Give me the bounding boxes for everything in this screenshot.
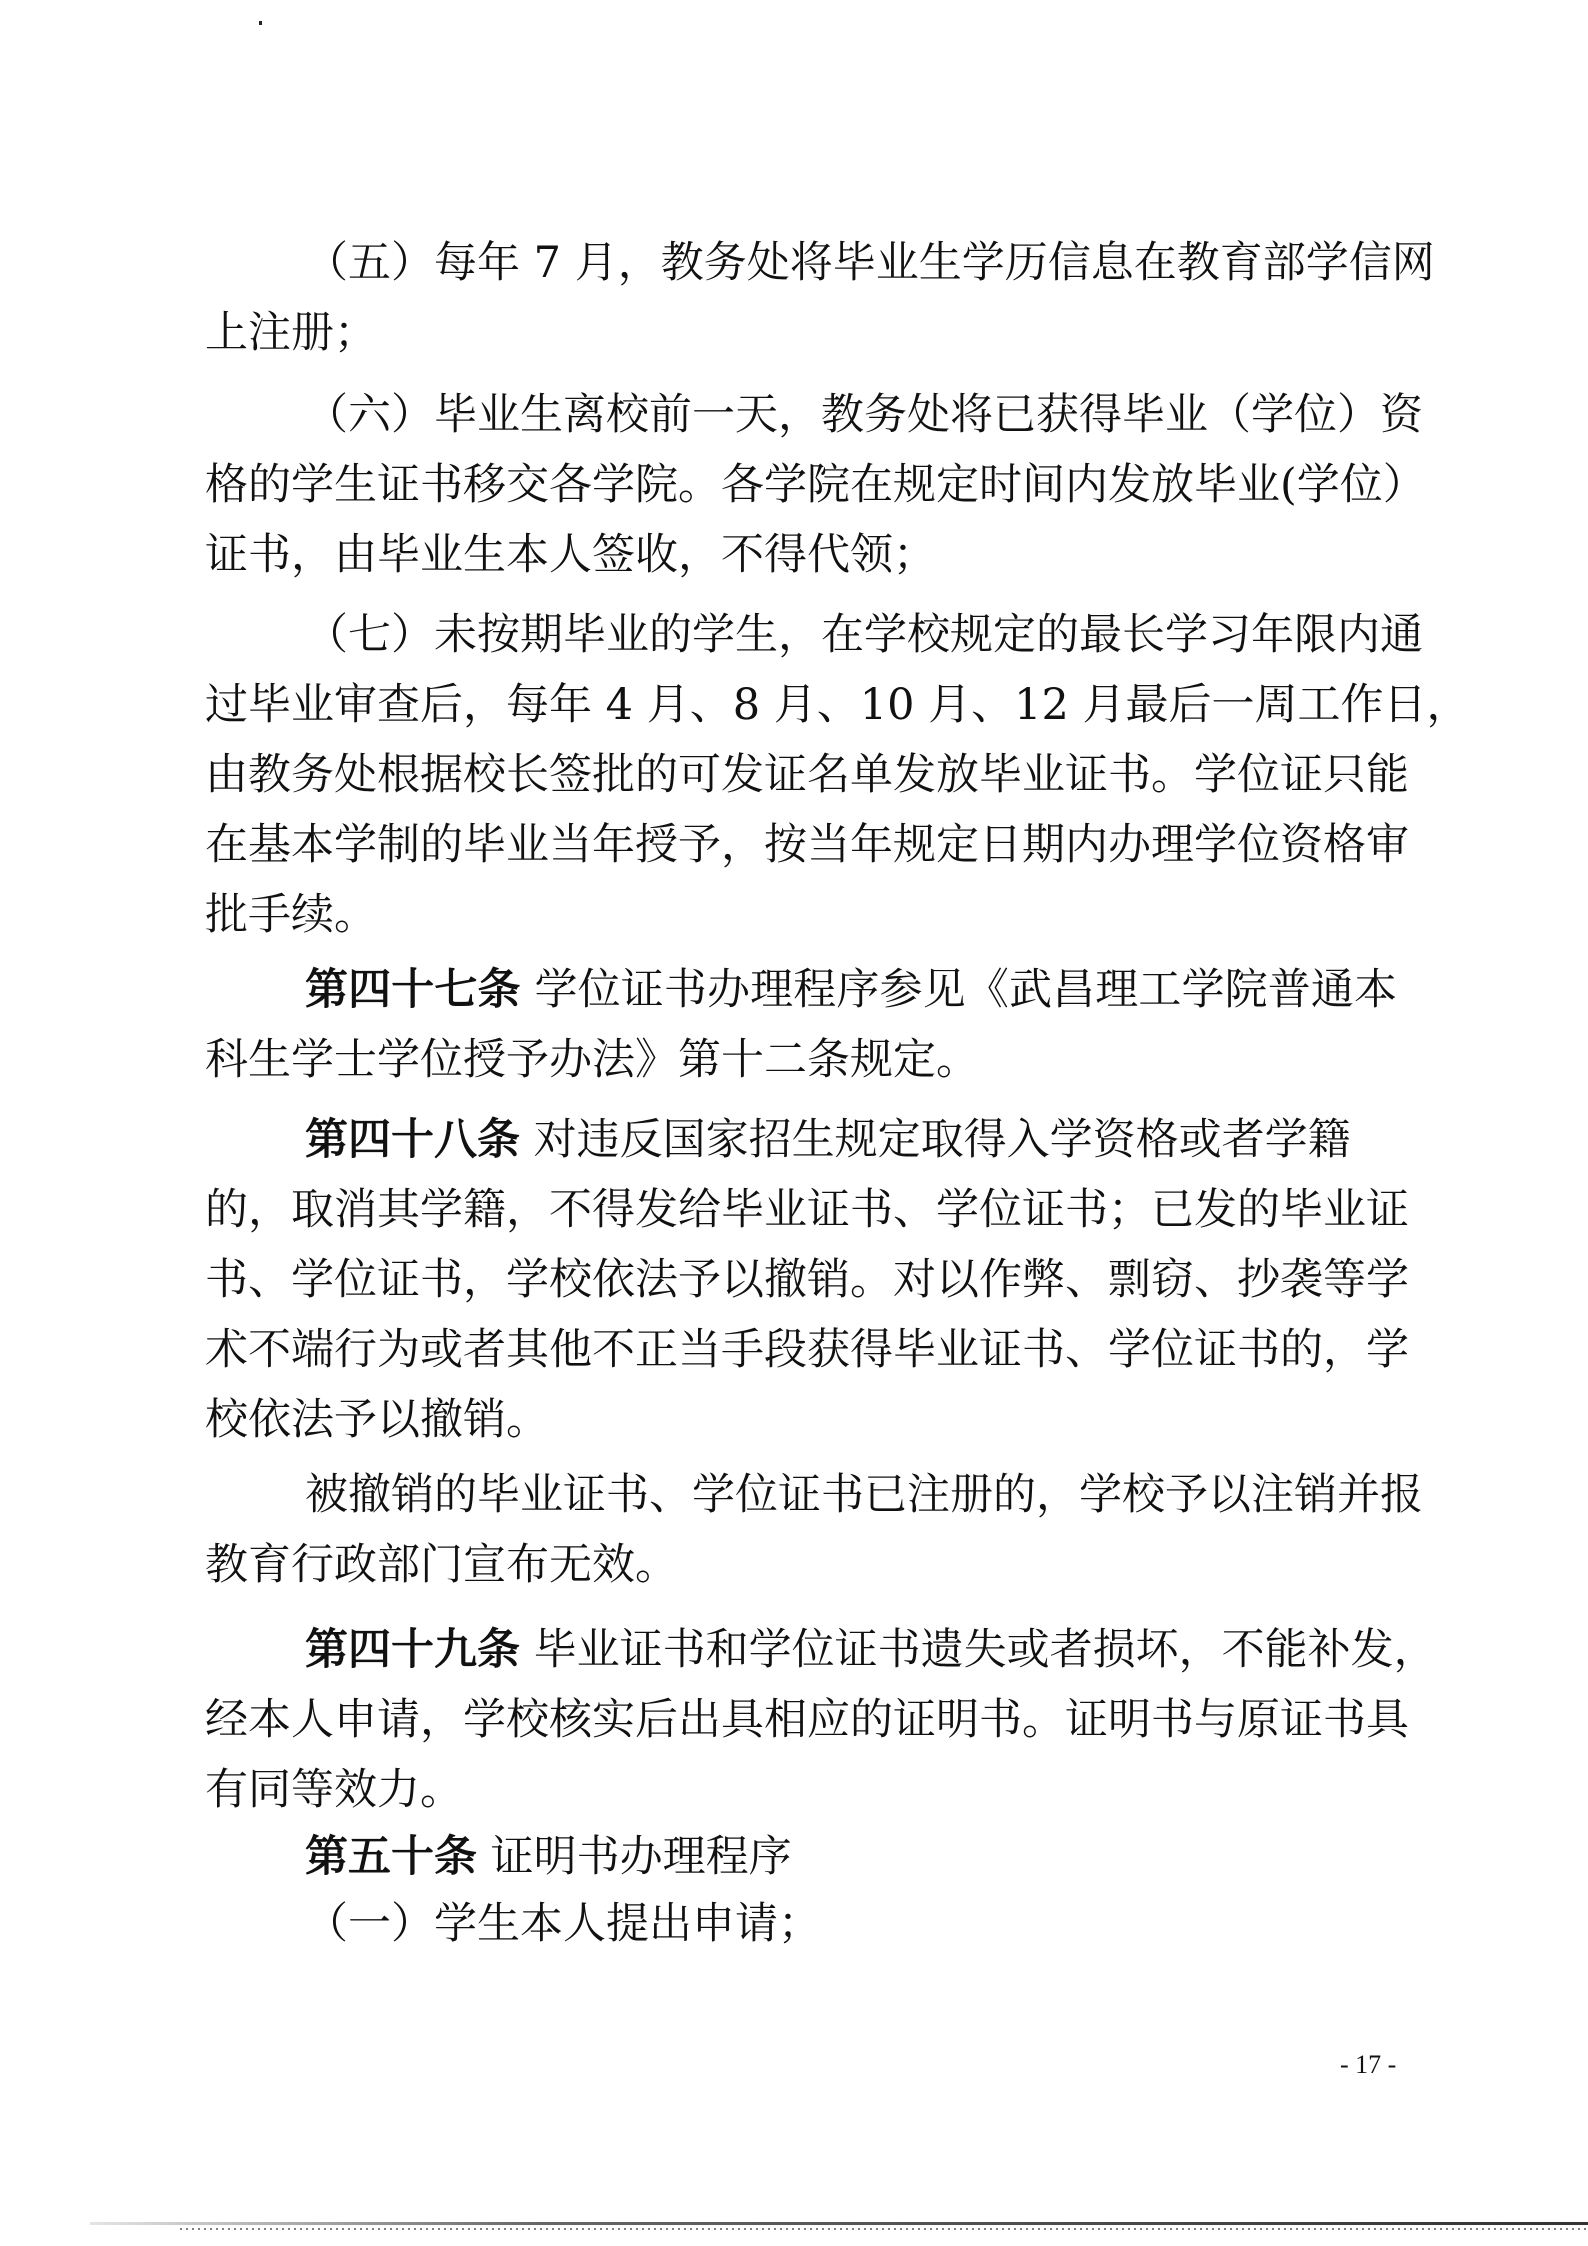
page-number: - 17 -	[1340, 2050, 1396, 2080]
item-7-line-2: 过毕业审查后，每年 4 月、8 月、10 月、12 月最后一周工作日，	[205, 675, 1397, 735]
article-48-line-3: 书、学位证书，学校依法予以撤销。对以作弊、剽窃、抄袭等学	[205, 1250, 1397, 1310]
article-50-text: 证明书办理程序	[491, 1832, 792, 1882]
article-48-line-1: 第四十八条 对违反国家招生规定取得入学资格或者学籍	[305, 1110, 1397, 1170]
article-48-para2-line-2: 教育行政部门宣布无效。	[205, 1535, 1397, 1595]
article-47-heading: 第四十七条	[305, 965, 521, 1015]
article-50-heading: 第五十条	[305, 1832, 477, 1882]
item-7-line-3: 由教务处根据校长签批的可发证名单发放毕业证书。学位证只能	[205, 745, 1397, 805]
article-48-heading: 第四十八条	[305, 1115, 520, 1165]
article-48-line-5: 校依法予以撤销。	[205, 1390, 1397, 1450]
item-5-line-2: 上注册；	[205, 303, 1397, 363]
article-49-line-2: 经本人申请，学校核实后出具相应的证明书。证明书与原证书具	[205, 1690, 1397, 1750]
article-49-text: 毕业证书和学位证书遗失或者损坏，不能补发，	[534, 1625, 1437, 1675]
item-7-line-1: （七）未按期毕业的学生，在学校规定的最长学习年限内通	[305, 605, 1397, 665]
scan-artifact-edge	[90, 2222, 1588, 2225]
scan-artifact-edge-noise	[180, 2228, 1588, 2230]
article-47-text: 学位证书办理程序参见《武昌理工学院普通本	[534, 965, 1397, 1015]
article-48-text: 对违反国家招生规定取得入学资格或者学籍	[534, 1115, 1351, 1165]
article-50-line-1: 第五十条 证明书办理程序	[305, 1827, 1397, 1887]
article-49-line-3: 有同等效力。	[205, 1760, 1397, 1820]
item-6-line-1: （六）毕业生离校前一天，教务处将已获得毕业（学位）资	[305, 385, 1397, 445]
item-7-line-5: 批手续。	[205, 885, 1397, 945]
item-5-line-1: （五）每年 7 月，教务处将毕业生学历信息在教育部学信网	[305, 233, 1397, 293]
scan-artifact-mark	[259, 21, 262, 25]
document-page: （五）每年 7 月，教务处将毕业生学历信息在教育部学信网 上注册； （六）毕业生…	[0, 0, 1588, 2246]
article-49-line-1: 第四十九条 毕业证书和学位证书遗失或者损坏，不能补发，	[305, 1620, 1397, 1680]
article-48-line-4: 术不端行为或者其他不正当手段获得毕业证书、学位证书的，学	[205, 1320, 1397, 1380]
item-7-line-4: 在基本学制的毕业当年授予，按当年规定日期内办理学位资格审	[205, 815, 1397, 875]
article-50-item-1: （一）学生本人提出申请；	[305, 1894, 1397, 1954]
article-48-para2-line-1: 被撤销的毕业证书、学位证书已注册的，学校予以注销并报	[305, 1465, 1397, 1525]
article-48-line-2: 的，取消其学籍，不得发给毕业证书、学位证书；已发的毕业证	[205, 1180, 1397, 1240]
article-47-line-2: 科生学士学位授予办法》第十二条规定。	[205, 1030, 1397, 1090]
item-6-line-2: 格的学生证书移交各学院。各学院在规定时间内发放毕业(学位）	[205, 455, 1397, 515]
item-6-line-3: 证书，由毕业生本人签收，不得代领；	[205, 525, 1397, 585]
article-47-line-1: 第四十七条 学位证书办理程序参见《武昌理工学院普通本	[305, 960, 1397, 1020]
article-49-heading: 第四十九条	[305, 1625, 520, 1675]
